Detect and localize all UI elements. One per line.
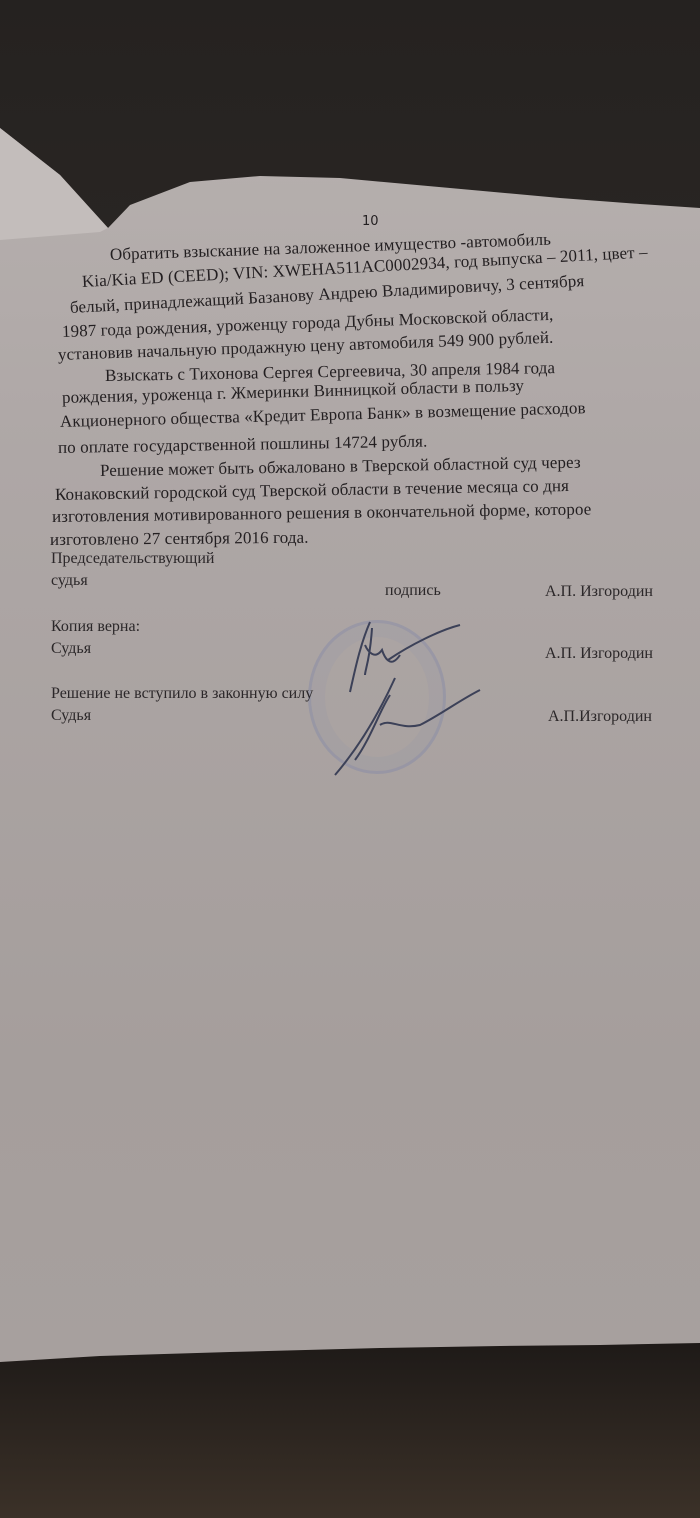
handwritten-signature-icon: [310, 600, 510, 780]
judge-name-1: А.П. Изгородин: [545, 583, 653, 601]
judge-name-3: А.П.Изгородин: [548, 708, 652, 726]
signature-label: подпись: [385, 582, 441, 600]
presiding-title-judge: судья: [51, 572, 88, 590]
presiding-title: Председательствующий: [51, 550, 214, 568]
judge-label-1: Судья: [51, 640, 91, 658]
not-in-force-note: Решение не вступило в законную силу: [51, 685, 313, 703]
page-number: 10: [362, 213, 379, 231]
document-line: изготовлено 27 сентября 2016 года.: [50, 528, 309, 550]
judge-name-2: А.П. Изгородин: [545, 645, 653, 663]
judge-label-2: Судья: [51, 707, 91, 725]
copy-verified-label: Копия верна:: [51, 618, 140, 636]
